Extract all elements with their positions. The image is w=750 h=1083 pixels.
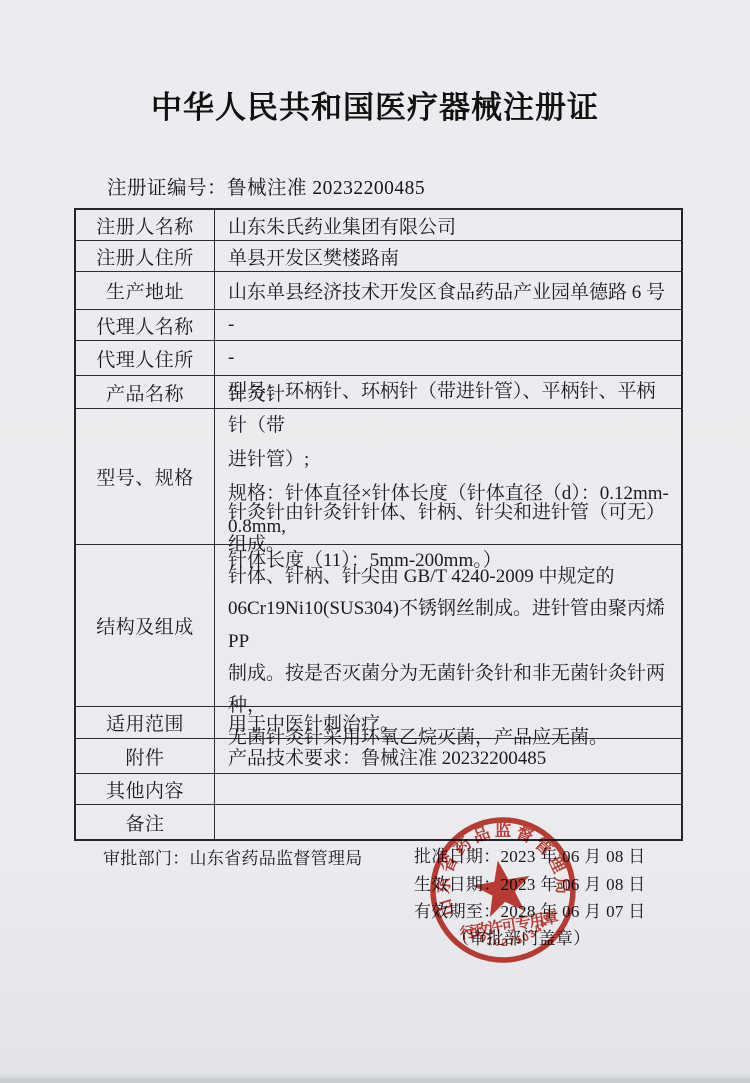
table-row: 适用范围 用于中医针刺治疗。 bbox=[76, 706, 681, 738]
row-label: 产品名称 bbox=[76, 376, 215, 408]
table-row: 附件 产品技术要求：鲁械注准 20232200485 bbox=[76, 738, 681, 773]
row-value: 产品技术要求：鲁械注准 20232200485 bbox=[215, 739, 681, 773]
table-row: 备注 bbox=[76, 804, 681, 839]
table-row: 其他内容 bbox=[76, 773, 681, 804]
row-label: 适用范围 bbox=[76, 707, 215, 738]
row-value bbox=[215, 805, 681, 839]
row-value: 山东朱氏药业集团有限公司 bbox=[215, 210, 681, 240]
row-label: 代理人住所 bbox=[76, 341, 215, 375]
effective-date-line: 生效日期：2023 年 06 月 08 日 bbox=[414, 870, 646, 895]
row-value: 针灸针由针灸针针体、针柄、针尖和进针管（可无）组成。 针体、针柄、针尖由 GB/… bbox=[215, 545, 681, 706]
certificate-page: 中华人民共和国医疗器械注册证 注册证编号：鲁械注准 20232200485 注册… bbox=[0, 0, 750, 1083]
row-label: 生产地址 bbox=[76, 272, 215, 309]
row-value-text: 山东单县经济技术开发区食品药品产业园单德路 6 号 bbox=[228, 277, 665, 304]
approval-date-line: 批准日期：2023 年 06 月 08 日 bbox=[414, 842, 646, 867]
row-value-text: - bbox=[228, 314, 234, 336]
table-row: 生产地址 山东单县经济技术开发区食品药品产业园单德路 6 号 bbox=[76, 271, 681, 309]
row-value: 单县开发区樊楼路南 bbox=[215, 241, 681, 271]
row-value: - bbox=[215, 341, 681, 375]
row-label: 型号、规格 bbox=[76, 409, 215, 544]
row-value: 山东单县经济技术开发区食品药品产业园单德路 6 号 bbox=[215, 272, 681, 309]
table-row: 代理人名称 - bbox=[76, 309, 681, 340]
table-row: 注册人住所 单县开发区樊楼路南 bbox=[76, 240, 681, 271]
certificate-table: 注册人名称 山东朱氏药业集团有限公司 注册人住所 单县开发区樊楼路南 生产地址 … bbox=[74, 208, 683, 841]
row-value-text: 山东朱氏药业集团有限公司 bbox=[228, 212, 456, 239]
row-label: 代理人名称 bbox=[76, 310, 215, 340]
row-value-text: 单县开发区樊楼路南 bbox=[228, 243, 399, 270]
page-title: 中华人民共和国医疗器械注册证 bbox=[0, 82, 750, 127]
cert-number-label: 注册证编号： bbox=[107, 178, 227, 199]
row-value: 用于中医针刺治疗。 bbox=[215, 707, 681, 738]
row-value-text: 产品技术要求：鲁械注准 20232200485 bbox=[228, 743, 546, 770]
table-row: 注册人名称 山东朱氏药业集团有限公司 bbox=[76, 210, 681, 240]
valid-until-line: 有效期至：2028 年 06 月 07 日 bbox=[414, 897, 646, 922]
cert-number-value: 鲁械注准 20232200485 bbox=[227, 178, 425, 199]
row-value bbox=[215, 774, 681, 804]
approval-department-line: 审批部门：山东省药品监督管理局 bbox=[103, 844, 363, 869]
table-row: 结构及组成 针灸针由针灸针针体、针柄、针尖和进针管（可无）组成。 针体、针柄、针… bbox=[76, 544, 681, 706]
row-value: - bbox=[215, 310, 681, 340]
table-row: 代理人住所 - bbox=[76, 340, 681, 375]
row-label: 注册人住所 bbox=[76, 241, 215, 271]
row-label: 备注 bbox=[76, 805, 215, 839]
seal-note: （审批部门盖章） bbox=[452, 924, 590, 949]
cert-number-line: 注册证编号：鲁械注准 20232200485 bbox=[107, 172, 425, 200]
row-value-text: 用于中医针刺治疗。 bbox=[228, 709, 399, 736]
row-value-text: - bbox=[228, 347, 234, 369]
row-label: 其他内容 bbox=[76, 774, 215, 804]
row-label: 注册人名称 bbox=[76, 210, 215, 240]
row-label: 结构及组成 bbox=[76, 545, 215, 706]
scan-edge-shadow bbox=[0, 1078, 750, 1083]
row-label: 附件 bbox=[76, 739, 215, 773]
